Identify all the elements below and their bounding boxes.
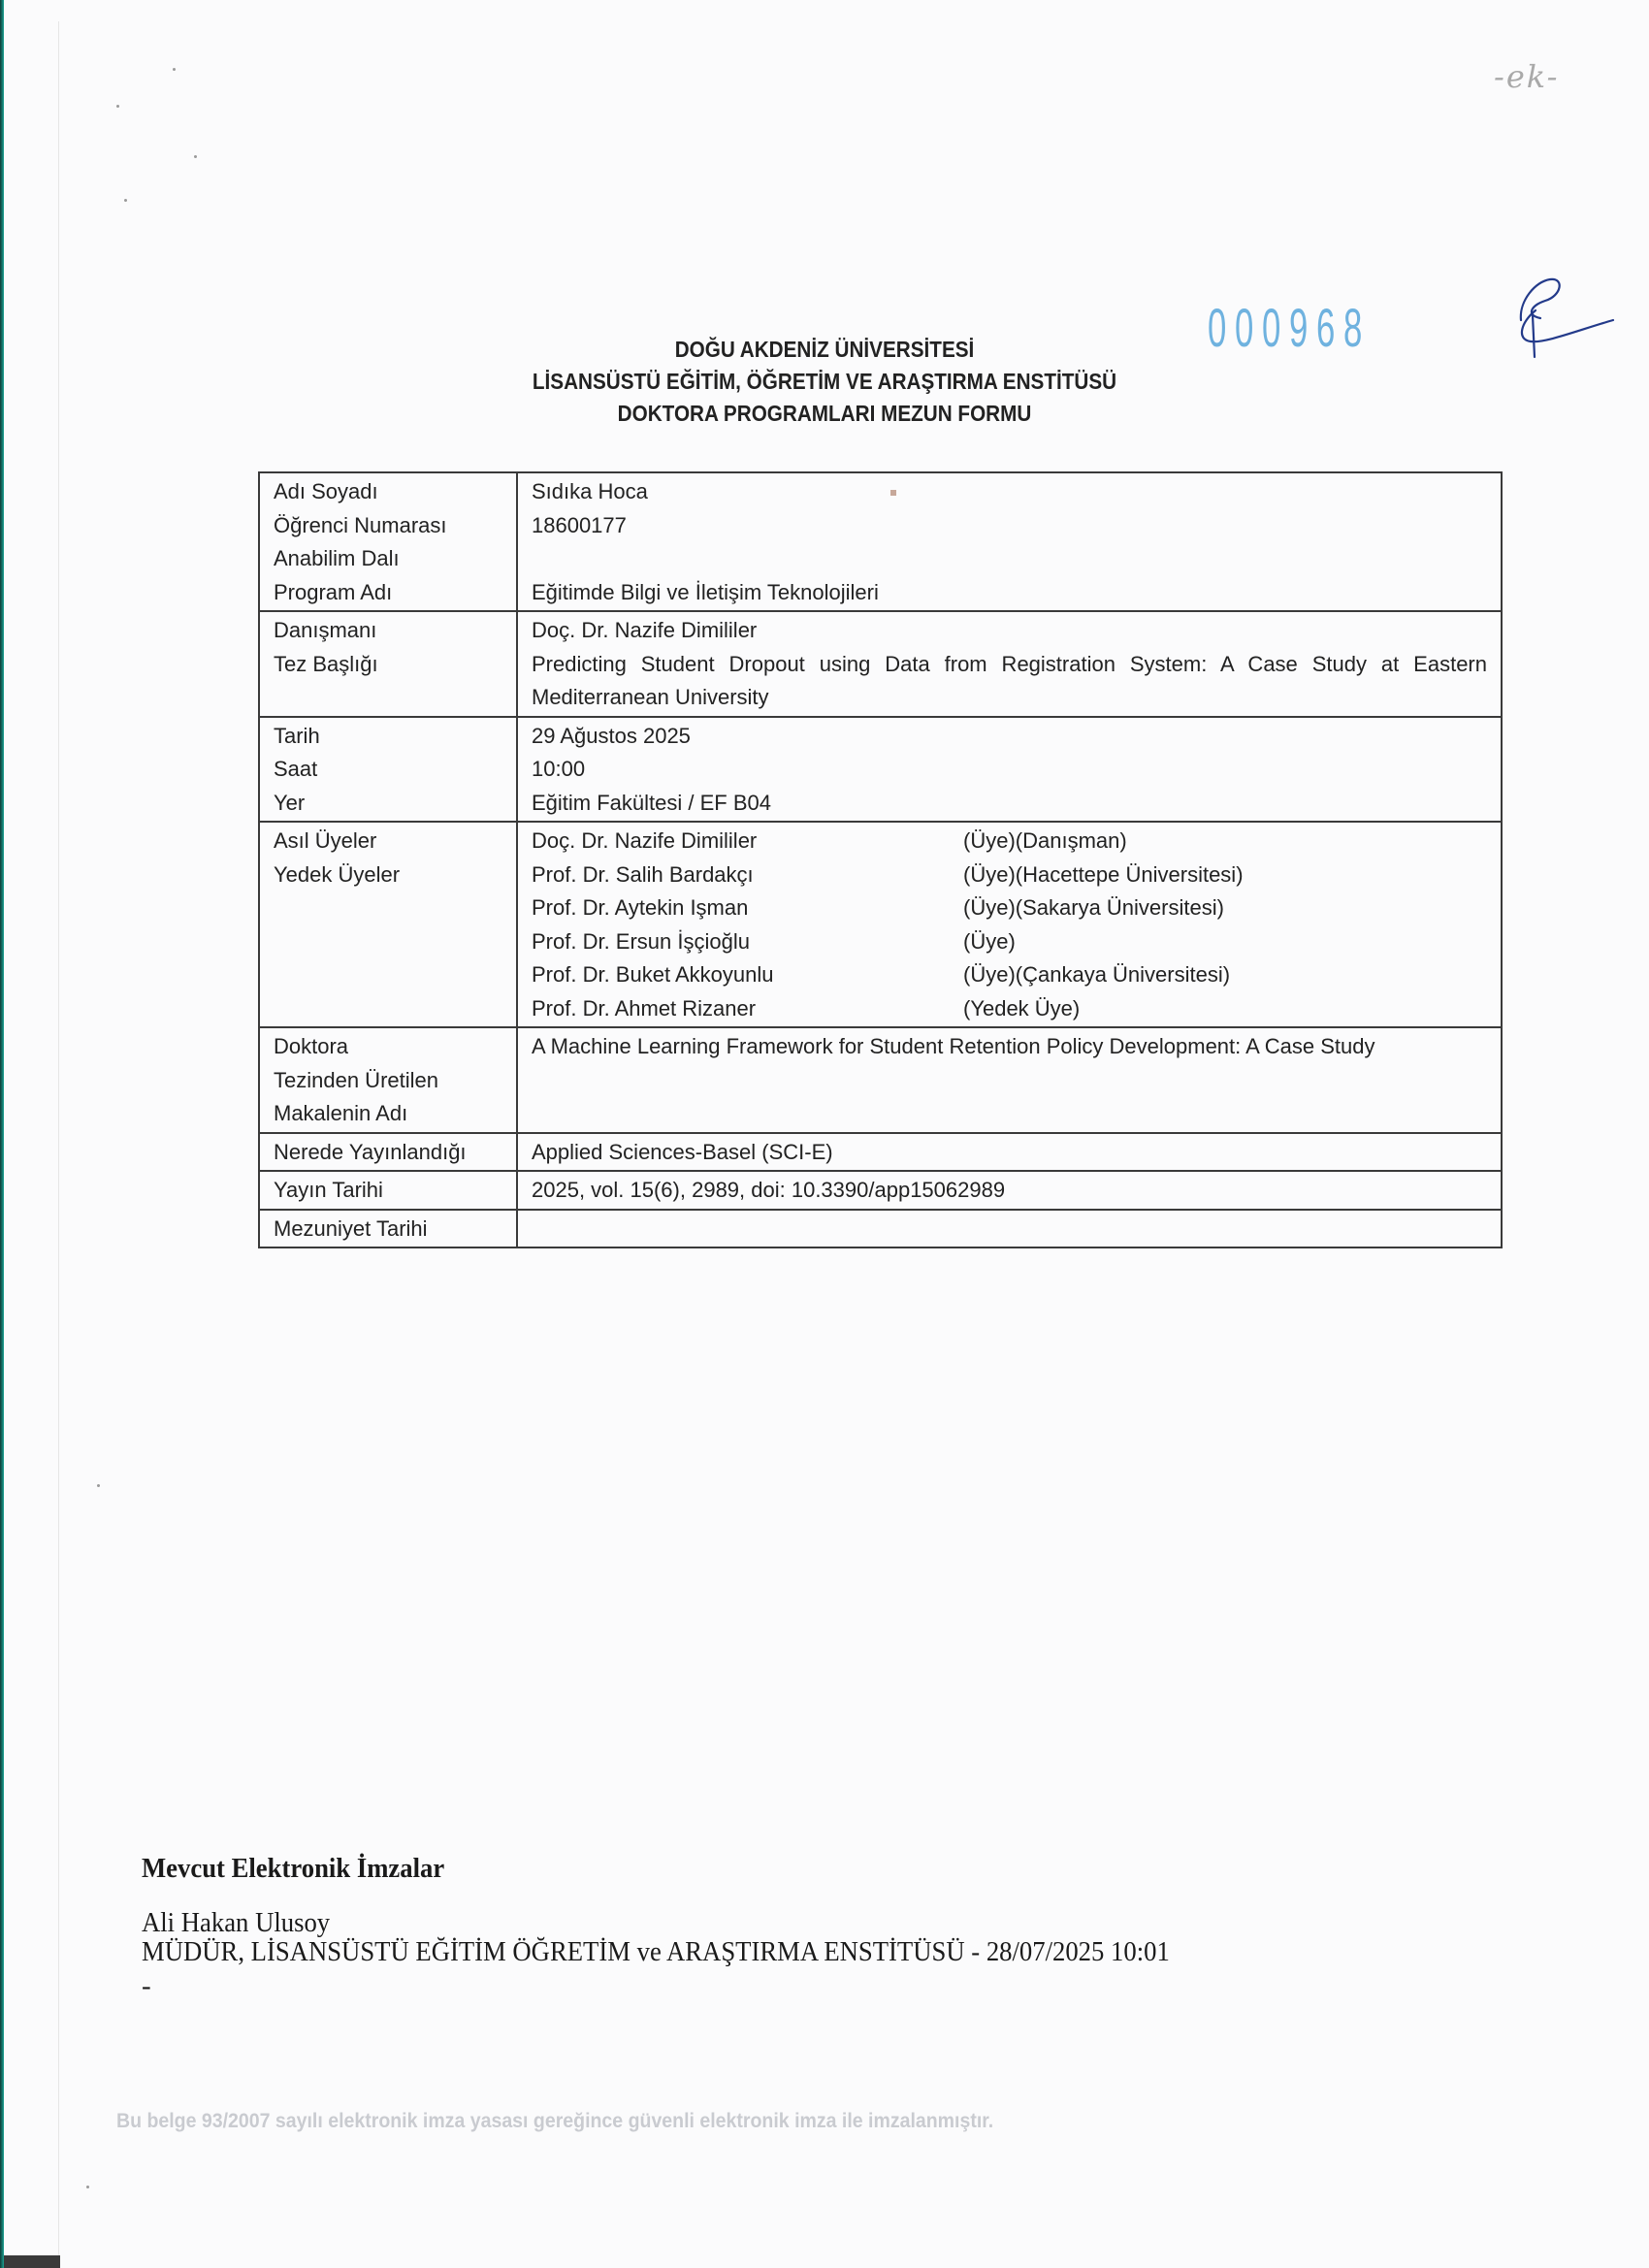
thesis-title-value: Predicting Student Dropout using Data fr… bbox=[532, 648, 1487, 715]
member-name: Prof. Dr. Ersun İşçioğlu bbox=[532, 925, 963, 959]
student-name: Sıdıka Hoca bbox=[532, 479, 648, 503]
label-article-2: Tezinden Üretilen bbox=[274, 1064, 502, 1098]
member-name: Doç. Dr. Nazife Dimililer bbox=[532, 825, 963, 859]
member-name: Prof. Dr. Ahmet Rizaner bbox=[532, 992, 963, 1026]
published-where-value: Applied Sciences-Basel (SCI-E) bbox=[517, 1133, 1502, 1172]
committee-labels: Asıl Üyeler Yedek Üyeler bbox=[259, 822, 517, 1027]
committee-row: Asıl Üyeler Yedek Üyeler Doç. Dr. Nazife… bbox=[259, 822, 1502, 1027]
label-substitute-members: Yedek Üyeler bbox=[274, 859, 502, 892]
scan-speck bbox=[116, 105, 119, 108]
committee-member: Prof. Dr. Salih Bardakçı(Üye)(Hacettepe … bbox=[532, 859, 1487, 892]
signature-separator: - bbox=[142, 1966, 1259, 2005]
member-name: Prof. Dr. Salih Bardakçı bbox=[532, 859, 963, 892]
member-role: (Üye)(Hacettepe Üniversitesi) bbox=[963, 859, 1244, 892]
label-graduation-date: Mezuniyet Tarihi bbox=[259, 1210, 517, 1248]
label-thesis-title: Tez Başlığı bbox=[274, 648, 502, 682]
graduation-date-value bbox=[517, 1210, 1502, 1248]
member-role: (Üye) bbox=[963, 925, 1016, 959]
student-info-values: Sıdıka Hoca 18600177 Eğitimde Bilgi ve İ… bbox=[517, 472, 1502, 611]
scan-speck bbox=[124, 199, 127, 202]
publication-date-value: 2025, vol. 15(6), 2989, doi: 10.3390/app… bbox=[517, 1171, 1502, 1210]
publication-date-row: Yayın Tarihi 2025, vol. 15(6), 2989, doi… bbox=[259, 1171, 1502, 1210]
member-role: (Üye)(Sakarya Üniversitesi) bbox=[963, 891, 1224, 925]
student-number: 18600177 bbox=[532, 509, 1487, 543]
signer-role: MÜDÜR, LİSANSÜSTÜ EĞİTİM ÖĞRETİM ve ARAŞ… bbox=[142, 1937, 1170, 1966]
defense-row: Tarih Saat Yer 29 Ağustos 2025 10:00 Eği… bbox=[259, 717, 1502, 823]
defense-place: Eğitim Fakültesi / EF B04 bbox=[532, 787, 1487, 821]
defense-values: 29 Ağustos 2025 10:00 Eğitim Fakültesi /… bbox=[517, 717, 1502, 823]
department-value bbox=[532, 542, 1487, 576]
label-main-members: Asıl Üyeler bbox=[274, 825, 502, 859]
scan-speck bbox=[86, 2186, 89, 2188]
committee-member: Doç. Dr. Nazife Dimililer(Üye)(Danışman) bbox=[532, 825, 1487, 859]
committee-values: Doç. Dr. Nazife Dimililer(Üye)(Danışman)… bbox=[517, 822, 1502, 1027]
graduation-date-row: Mezuniyet Tarihi bbox=[259, 1210, 1502, 1248]
article-values: A Machine Learning Framework for Student… bbox=[517, 1027, 1502, 1133]
member-role: (Üye)(Çankaya Üniversitesi) bbox=[963, 958, 1230, 992]
label-department: Anabilim Dalı bbox=[274, 542, 502, 576]
scan-speck bbox=[97, 1484, 100, 1487]
student-info-row: Adı Soyadı Öğrenci Numarası Anabilim Dal… bbox=[259, 472, 1502, 611]
graduate-form-table: Adı Soyadı Öğrenci Numarası Anabilim Dal… bbox=[258, 471, 1503, 1248]
label-time: Saat bbox=[274, 753, 502, 787]
committee-member: Prof. Dr. Buket Akkoyunlu(Üye)(Çankaya Ü… bbox=[532, 958, 1487, 992]
document-header: DOĞU AKDENİZ ÜNİVERSİTESİ LİSANSÜSTÜ EĞİ… bbox=[0, 334, 1649, 430]
committee-member: Prof. Dr. Ersun İşçioğlu(Üye) bbox=[532, 925, 1487, 959]
published-where-row: Nerede Yayınlandığı Applied Sciences-Bas… bbox=[259, 1133, 1502, 1172]
article-title: A Machine Learning Framework for Student… bbox=[532, 1030, 1487, 1064]
label-article-1: Doktora bbox=[274, 1030, 502, 1064]
label-program: Program Adı bbox=[274, 576, 502, 610]
scan-speck bbox=[890, 490, 896, 496]
handwritten-annotation: -ek- bbox=[1494, 58, 1559, 95]
form-title: DOKTORA PROGRAMLARI MEZUN FORMU bbox=[82, 398, 1567, 430]
defense-time: 10:00 bbox=[532, 753, 1487, 787]
defense-date: 29 Ağustos 2025 bbox=[532, 720, 1487, 754]
label-article-3: Makalenin Adı bbox=[274, 1097, 502, 1131]
label-publication-date: Yayın Tarihi bbox=[259, 1171, 517, 1210]
member-role: (Üye)(Danışman) bbox=[963, 825, 1127, 859]
signatures-heading: Mevcut Elektronik İmzalar bbox=[142, 1853, 1170, 1885]
label-published-where: Nerede Yayınlandığı bbox=[259, 1133, 517, 1172]
advisor-value: Doç. Dr. Nazife Dimililer bbox=[532, 614, 1487, 648]
label-name: Adı Soyadı bbox=[274, 475, 502, 509]
member-role: (Yedek Üye) bbox=[963, 992, 1080, 1026]
label-date: Tarih bbox=[274, 720, 502, 754]
article-labels: Doktora Tezinden Üretilen Makalenin Adı bbox=[259, 1027, 517, 1133]
scan-shadow bbox=[4, 2255, 60, 2268]
article-row: Doktora Tezinden Üretilen Makalenin Adı … bbox=[259, 1027, 1502, 1133]
electronic-signatures: Mevcut Elektronik İmzalar Ali Hakan Ulus… bbox=[142, 1853, 1259, 2005]
label-student-number: Öğrenci Numarası bbox=[274, 509, 502, 543]
university-name: DOĞU AKDENİZ ÜNİVERSİTESİ bbox=[82, 334, 1567, 366]
scan-speck bbox=[194, 155, 197, 158]
signer-name: Ali Hakan Ulusoy bbox=[142, 1908, 1170, 1937]
e-signature-notice: Bu belge 93/2007 sayılı elektronik imza … bbox=[116, 2110, 993, 2133]
committee-member: Prof. Dr. Aytekin Işman(Üye)(Sakarya Üni… bbox=[532, 891, 1487, 925]
student-info-labels: Adı Soyadı Öğrenci Numarası Anabilim Dal… bbox=[259, 472, 517, 611]
program-value: Eğitimde Bilgi ve İletişim Teknolojileri bbox=[532, 576, 1487, 610]
member-name: Prof. Dr. Aytekin Işman bbox=[532, 891, 963, 925]
label-advisor: Danışmanı bbox=[274, 614, 502, 648]
scan-speck bbox=[173, 68, 176, 71]
institute-name: LİSANSÜSTÜ EĞİTİM, ÖĞRETİM VE ARAŞTIRMA … bbox=[82, 366, 1567, 398]
thesis-labels: Danışmanı Tez Başlığı bbox=[259, 611, 517, 717]
thesis-row: Danışmanı Tez Başlığı Doç. Dr. Nazife Di… bbox=[259, 611, 1502, 717]
committee-member: Prof. Dr. Ahmet Rizaner(Yedek Üye) bbox=[532, 992, 1487, 1026]
member-name: Prof. Dr. Buket Akkoyunlu bbox=[532, 958, 963, 992]
label-place: Yer bbox=[274, 787, 502, 821]
thesis-values: Doç. Dr. Nazife Dimililer Predicting Stu… bbox=[517, 611, 1502, 717]
defense-labels: Tarih Saat Yer bbox=[259, 717, 517, 823]
